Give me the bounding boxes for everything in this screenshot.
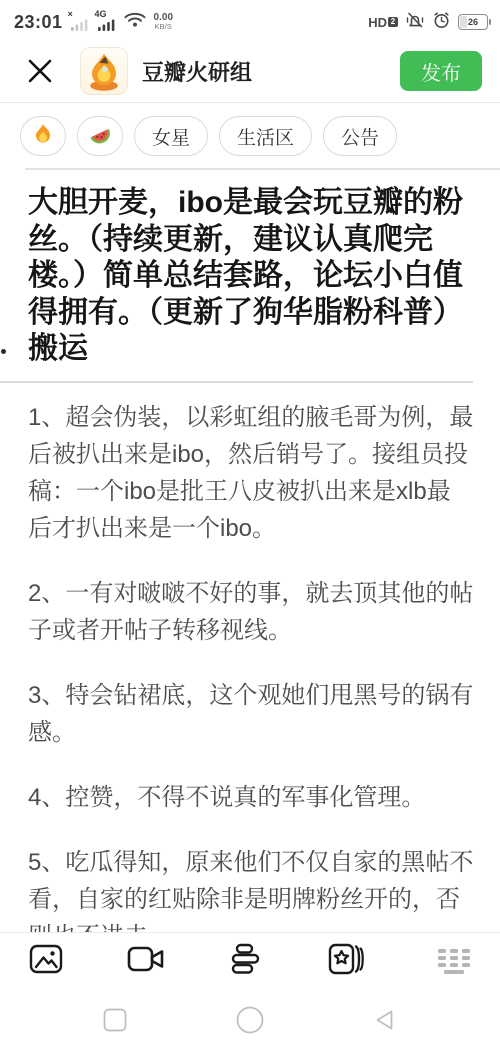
back-triangle-icon <box>373 1008 397 1037</box>
editor-toolbar <box>0 932 500 990</box>
status-bar: 23:01 × 4G <box>0 0 500 40</box>
publish-post-screen: 23:01 × 4G <box>0 0 500 1055</box>
body-paragraph: 1、超会伪装，以彩虹组的腋毛哥为例，最后被扒出来是ibo，然后销号了。接组员投稿… <box>28 399 474 547</box>
recents-button[interactable] <box>100 1008 130 1038</box>
tag-chip-female-star[interactable]: 女星 <box>134 116 208 156</box>
alarm-clock-icon <box>432 11 451 34</box>
keyboard-icon <box>438 949 470 974</box>
fire-icon <box>33 123 53 150</box>
sticker-pack-icon <box>327 942 365 981</box>
title-divider-top <box>25 168 500 170</box>
sim1-signal-icon: × <box>70 11 90 33</box>
insert-poll-button[interactable] <box>224 940 268 984</box>
body-paragraph: 2、一有对啵啵不好的事，就去顶其他的帖子或者开帖子转移视线。 <box>28 575 474 649</box>
recents-square-icon <box>103 1008 127 1037</box>
insert-sticker-button[interactable] <box>324 940 368 984</box>
tag-chip-fire[interactable] <box>20 116 66 156</box>
screen-artifact-dot <box>1 349 6 354</box>
body-paragraph: 3、特会钻裙底，这个观她们甩黑号的锅有感。 <box>28 677 474 751</box>
network-speed: 0.00 KB/S <box>154 13 173 31</box>
editor-header: 豆瓣火研组 发布 <box>0 40 500 102</box>
poll-icon <box>229 943 263 980</box>
post-body-input[interactable]: 1、超会伪装，以彩虹组的腋毛哥为例，最后被扒出来是ibo，然后销号了。接组员投稿… <box>0 399 500 955</box>
title-divider-bottom <box>0 381 473 383</box>
insert-image-button[interactable] <box>24 940 68 984</box>
image-icon <box>28 942 64 981</box>
tag-chip-watermelon[interactable] <box>77 116 123 156</box>
group-name: 豆瓣火研组 <box>142 56 252 87</box>
tag-chip-announcement[interactable]: 公告 <box>323 116 397 156</box>
home-circle-icon <box>236 1006 264 1039</box>
post-title-input[interactable]: 大胆开麦，ibo是最会玩豆瓣的粉丝。（持续更新，建议认真爬完楼。）简单总结套路，… <box>28 185 476 368</box>
hide-keyboard-button[interactable] <box>432 940 476 984</box>
mute-bell-icon <box>405 11 425 34</box>
body-paragraph: 4、控赞，不得不说真的军事化管理。 <box>28 779 474 816</box>
group-avatar[interactable] <box>80 47 128 95</box>
sim2-signal-icon: 4G <box>97 11 117 33</box>
editor-content: 大胆开麦，ibo是最会玩豆瓣的粉丝。（持续更新，建议认真爬完楼。）简单总结套路，… <box>0 168 500 955</box>
back-button[interactable] <box>370 1008 400 1038</box>
insert-video-button[interactable] <box>124 940 168 984</box>
android-nav-bar <box>0 990 500 1055</box>
battery-icon: 26 <box>458 14 488 30</box>
tag-chip-life-zone[interactable]: 生活区 <box>219 116 312 156</box>
hd-voice-icon: HD2 <box>368 15 398 30</box>
tag-chips-row: 女星 生活区 公告 <box>0 103 500 168</box>
clock-time: 23:01 <box>14 12 63 33</box>
wifi-icon <box>124 11 146 33</box>
close-icon[interactable] <box>24 55 56 87</box>
home-button[interactable] <box>235 1008 265 1038</box>
video-icon <box>127 944 165 979</box>
watermelon-icon <box>89 123 111 150</box>
publish-button[interactable]: 发布 <box>400 51 482 91</box>
